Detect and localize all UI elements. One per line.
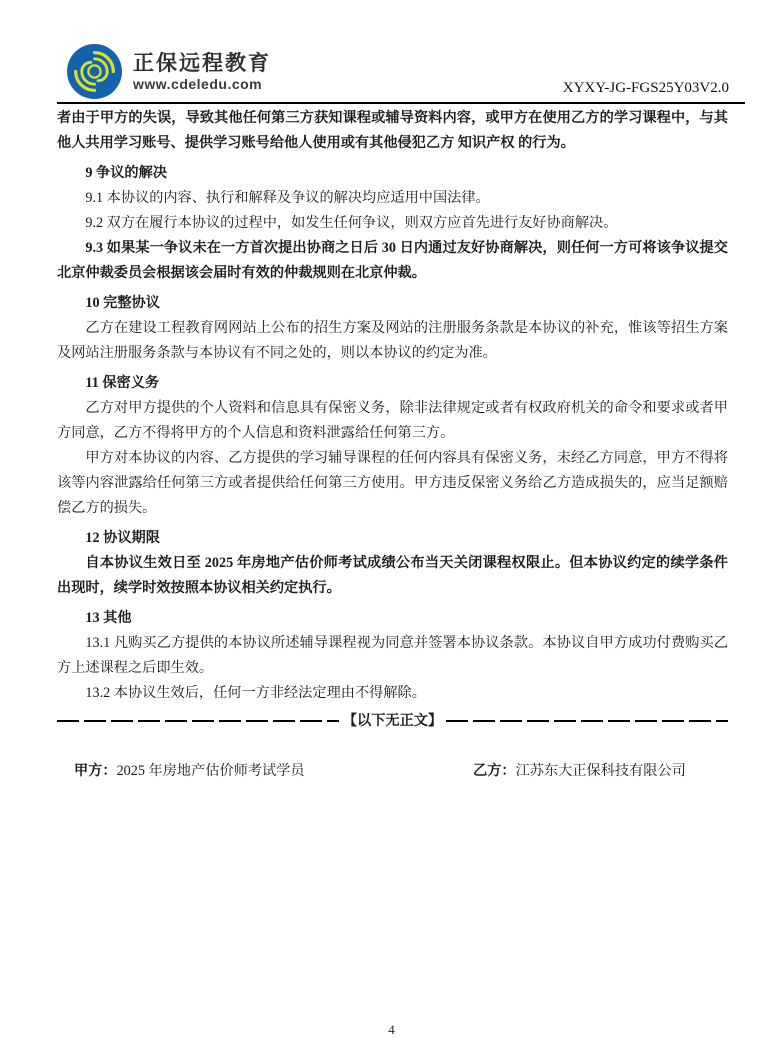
company-logo: 正保远程教育 www.cdeledu.com	[67, 44, 271, 99]
party-a-label: 甲方：	[74, 763, 117, 779]
section-11-paragraph-2: 甲方对本协议的内容、乙方提供的学习辅导课程的任何内容具有保密义务，未经乙方同意，…	[57, 446, 728, 521]
document-code: XYXY-JG-FGS25Y03V2.0	[563, 80, 729, 97]
brand-name: 正保远程教育	[133, 51, 271, 76]
section-11-heading: 11 保密义务	[57, 371, 728, 396]
continuation-paragraph: 者由于甲方的失误，导致其他任何第三方获知课程或辅导资料内容，或甲方在使用乙方的学…	[57, 106, 728, 156]
section-12-heading: 12 协议期限	[57, 526, 728, 551]
party-a-name: 2025 年房地产估价师考试学员	[117, 763, 305, 779]
signature-row: 甲方：2025 年房地产估价师考试学员 乙方：江苏东大正保科技有限公司	[57, 759, 728, 784]
section-9-heading: 9 争议的解决	[57, 161, 728, 186]
divider-dash-right	[446, 720, 728, 723]
section-13-heading: 13 其他	[57, 606, 728, 631]
end-of-text-divider: 【以下无正文】	[57, 710, 728, 732]
logo-swirl-icon	[67, 44, 122, 99]
clause-13-2: 13.2 本协议生效后，任何一方非经法定理由不得解除。	[57, 681, 728, 706]
party-b-name: 江苏东大正保科技有限公司	[516, 763, 686, 779]
logo-text: 正保远程教育 www.cdeledu.com	[133, 51, 271, 92]
party-b-label: 乙方：	[473, 763, 516, 779]
section-10-heading: 10 完整协议	[57, 291, 728, 316]
brand-website: www.cdeledu.com	[133, 76, 271, 92]
signature-party-a: 甲方：2025 年房地产估价师考试学员	[74, 759, 305, 784]
clause-9-2: 9.2 双方在履行本协议的过程中，如发生任何争议，则双方应首先进行友好协商解决。	[57, 211, 728, 236]
section-10-paragraph: 乙方在建设工程教育网网站上公布的招生方案及网站的注册服务条款是本协议的补充，惟该…	[57, 316, 728, 366]
clause-9-1: 9.1 本协议的内容、执行和解释及争议的解决均应适用中国法律。	[57, 186, 728, 211]
section-11-paragraph-1: 乙方对甲方提供的个人资料和信息具有保密义务，除非法律规定或者有权政府机关的命令和…	[57, 396, 728, 446]
signature-party-b: 乙方：江苏东大正保科技有限公司	[473, 759, 686, 784]
clause-9-3: 9.3 如果某一争议未在一方首次提出协商之日后 30 日内通过友好协商解决，则任…	[57, 236, 728, 286]
clause-13-1: 13.1 凡购买乙方提供的本协议所述辅导课程视为同意并签署本协议条款。本协议自甲…	[57, 631, 728, 681]
contract-body: 者由于甲方的失误，导致其他任何第三方获知课程或辅导资料内容，或甲方在使用乙方的学…	[57, 106, 728, 784]
page-number: 4	[0, 1022, 783, 1038]
end-of-text-label: 【以下无正文】	[339, 709, 446, 734]
header-rule	[57, 102, 745, 104]
section-12-paragraph: 自本协议生效日至 2025 年房地产估价师考试成绩公布当天关闭课程权限止。但本协…	[57, 551, 728, 601]
divider-dash-left	[57, 720, 339, 723]
document-page: 正保远程教育 www.cdeledu.com XYXY-JG-FGS25Y03V…	[0, 0, 783, 1064]
